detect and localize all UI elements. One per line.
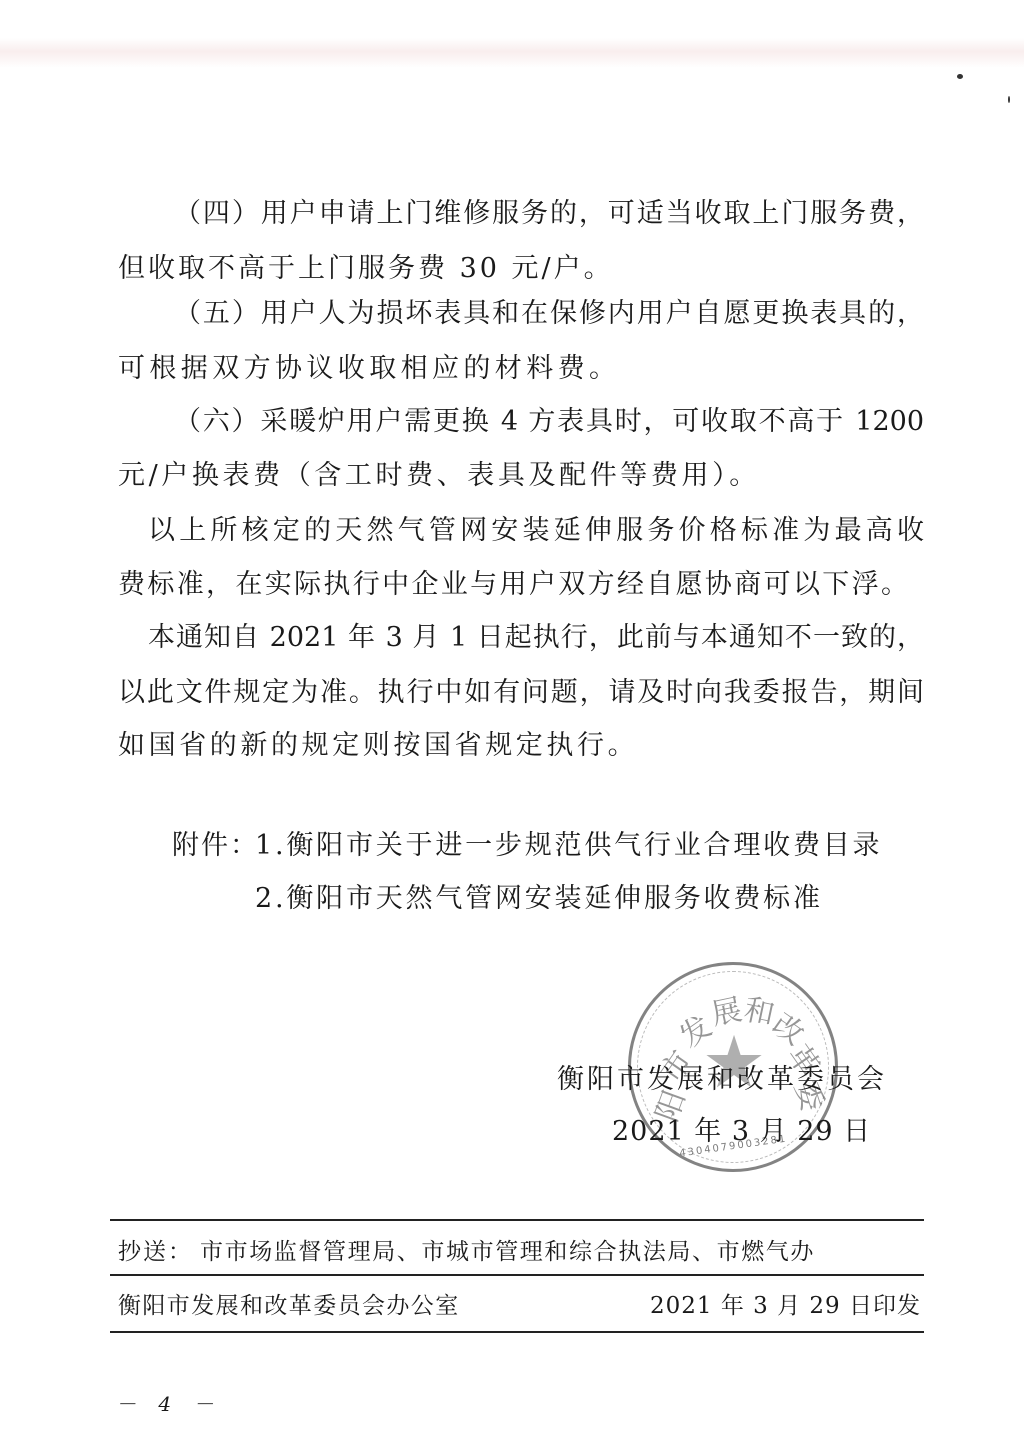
footer-middle-rule xyxy=(110,1274,924,1276)
paragraph-effective-date-line-2: 以此文件规定为准。执行中如有问题，请及时向我委报告，期间 xyxy=(118,675,924,711)
attachment-item-1: 1.衡阳市关于进一步规范供气行业合理收费目录 xyxy=(255,828,882,864)
scan-speck xyxy=(957,74,963,79)
page-number: － 4 － xyxy=(116,1388,221,1417)
attachment-item-2: 2.衡阳市天然气管网安装延伸服务收费标准 xyxy=(255,881,823,917)
cc-recipients: 市市场监督管理局、市城市管理和综合执法局、市燃气办 xyxy=(200,1237,815,1267)
issue-date: 2021 年 3 月 29 日印发 xyxy=(650,1291,921,1321)
paragraph-max-standard-line-1: 以上所核定的天然气管网安装延伸服务价格标准为最高收 xyxy=(148,513,924,549)
paragraph-max-standard-line-2: 费标准，在实际执行中企业与用户双方经自愿协商可以下浮。 xyxy=(118,567,908,603)
signature-date: 2021 年 3 月 29 日 xyxy=(612,1114,871,1150)
paragraph-item-4-line-1: （四）用户申请上门维修服务的，可适当收取上门服务费， xyxy=(174,196,924,232)
paragraph-item-5-line-2: 可根据双方协议收取相应的材料费。 xyxy=(118,351,620,387)
issuing-office: 衡阳市发展和改革委员会办公室 xyxy=(118,1291,460,1321)
paragraph-item-4-line-2: 但收取不高于上门服务费 30 元/户。 xyxy=(118,251,614,287)
paragraph-item-5-line-1: （五）用户人为损坏表具和在保修内用户自愿更换表具的， xyxy=(174,296,924,332)
cc-label: 抄送： xyxy=(118,1237,193,1267)
paragraph-item-6-line-1: （六）采暖炉用户需更换 4 方表具时，可收取不高于 1200 xyxy=(174,404,924,440)
scan-speck xyxy=(1008,96,1010,103)
paragraph-item-6-line-2: 元/户换表费（含工时费、表具及配件等费用）。 xyxy=(118,458,760,494)
scan-artifact-band xyxy=(0,38,1024,68)
paragraph-effective-date-line-3: 如国省的新的规定则按国省规定执行。 xyxy=(118,728,638,764)
signature-organization: 衡阳市发展和改革委员会 xyxy=(557,1062,887,1098)
footer-bottom-rule xyxy=(110,1331,924,1333)
paragraph-effective-date-line-1: 本通知自 2021 年 3 月 1 日起执行，此前与本通知不一致的， xyxy=(148,620,924,656)
attachments-label: 附件： xyxy=(172,828,259,864)
footer-top-rule xyxy=(110,1219,924,1221)
